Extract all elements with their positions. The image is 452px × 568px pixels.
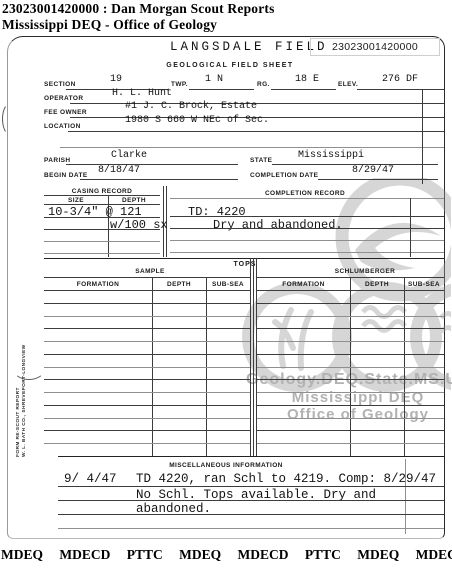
tops-sample-group: SAMPLE bbox=[60, 268, 240, 275]
table-row-line bbox=[44, 328, 250, 329]
table-row-line bbox=[44, 405, 250, 406]
rule-line bbox=[357, 89, 444, 90]
printer-stamp-line2: W. L. BATH CO., SHREVEPORT-LONGVIEW bbox=[22, 325, 28, 457]
table-row-line bbox=[257, 418, 444, 419]
misc-date: 9/ 4/47 bbox=[64, 472, 117, 486]
table-row-line bbox=[257, 328, 444, 329]
twp-label: TWP. bbox=[171, 81, 188, 88]
tops-schlumberger-table-body bbox=[257, 290, 444, 456]
rule-line bbox=[44, 217, 160, 218]
misc-line1: TD 4220, ran Schl to 4219. Comp: 8/29/47 bbox=[136, 472, 436, 486]
fee-owner-value: #1 J. C. Brock, Estate bbox=[125, 101, 257, 112]
elev-value: 276 DF bbox=[382, 74, 418, 85]
completion-date-label: COMPLETION DATE bbox=[250, 172, 318, 179]
sheet-title: GEOLOGICAL FIELD SHEET bbox=[120, 62, 340, 69]
table-row-line bbox=[257, 379, 444, 380]
rule-line bbox=[422, 89, 423, 184]
rule-line bbox=[44, 258, 444, 259]
table-row-line bbox=[44, 303, 250, 304]
casing-size-header: SIZE bbox=[44, 197, 108, 204]
rg-label: RG. bbox=[257, 81, 270, 88]
fee-owner-label: FEE OWNER bbox=[44, 109, 87, 116]
tops-left-subsea-header: SUB-SEA bbox=[206, 281, 250, 288]
tops-sample-table-body bbox=[44, 290, 250, 456]
rule-line bbox=[189, 89, 254, 90]
completion-date-value: 8/29/47 bbox=[352, 165, 394, 176]
tops-right-depth-header: DEPTH bbox=[350, 281, 404, 288]
section-label: SECTION bbox=[44, 81, 76, 88]
rule-line bbox=[170, 240, 444, 241]
rule-line bbox=[410, 198, 411, 257]
tops-right-formation-header: FORMATION bbox=[257, 281, 350, 288]
table-row-line bbox=[257, 443, 444, 444]
completion-record-title: COMPLETION RECORD bbox=[170, 190, 440, 197]
rule-line bbox=[58, 514, 444, 515]
section-value: 19 bbox=[110, 74, 122, 85]
rule-line bbox=[44, 253, 160, 254]
rule-line bbox=[58, 456, 444, 457]
rg-value: 18 E bbox=[295, 74, 319, 85]
rule-line bbox=[44, 229, 160, 230]
rule-line bbox=[405, 459, 406, 534]
table-row-line bbox=[44, 379, 250, 380]
scan-artifact-curl-top bbox=[2, 103, 18, 135]
page-header-line2: Mississippi DEQ - Office of Geology bbox=[2, 17, 217, 33]
rule-line bbox=[58, 528, 444, 529]
rule-line bbox=[44, 195, 160, 196]
operator-value: H. L. Hunt bbox=[112, 88, 172, 99]
rule-line bbox=[318, 179, 438, 180]
rule-line bbox=[44, 241, 160, 242]
table-row-line bbox=[44, 354, 250, 355]
table-row-line bbox=[257, 367, 444, 368]
casing-record-title: CASING RECORD bbox=[44, 188, 160, 195]
rule-line bbox=[66, 164, 238, 165]
parish-value: Clarke bbox=[111, 150, 147, 161]
table-row-line bbox=[257, 392, 444, 393]
rule-line bbox=[58, 500, 444, 501]
tops-left-depth-header: DEPTH bbox=[152, 281, 206, 288]
elev-label: ELEV. bbox=[338, 81, 358, 88]
casing-depth-header: DEPTH bbox=[108, 197, 160, 204]
rule-line bbox=[170, 228, 444, 229]
parish-label: PARISH bbox=[44, 157, 70, 164]
table-row-line bbox=[44, 341, 250, 342]
rule-line bbox=[80, 179, 238, 180]
table-row-line bbox=[257, 341, 444, 342]
rule-line bbox=[250, 258, 251, 456]
table-row-line bbox=[257, 303, 444, 304]
begin-date-value: 8/18/47 bbox=[98, 165, 140, 176]
rule-line bbox=[170, 216, 444, 217]
rule-line bbox=[68, 131, 444, 132]
form-printer-stamp: FORM RE-SCOUT REPORT W. L. BATH CO., SHR… bbox=[16, 325, 28, 457]
tops-title: TOPS bbox=[150, 261, 340, 268]
rule-line bbox=[170, 198, 444, 199]
location-label: LOCATION bbox=[44, 123, 81, 130]
tops-left-formation-header: FORMATION bbox=[44, 281, 152, 288]
field-name-typed: LANGSDALE FIELD bbox=[170, 40, 328, 54]
state-value: Mississippi bbox=[298, 150, 364, 161]
table-row-line bbox=[257, 430, 444, 431]
rule-line bbox=[58, 486, 444, 487]
completion-line2: Dry and abandoned. bbox=[213, 218, 343, 232]
operator-label: OPERATOR bbox=[44, 95, 83, 102]
tops-schlumberger-group: SCHLUMBERGER bbox=[290, 268, 440, 275]
twp-value: 1 N bbox=[205, 74, 223, 85]
table-row-line bbox=[44, 443, 250, 444]
table-row-line bbox=[257, 316, 444, 317]
page-footer-agencies: MDEQ MDECD PTTC MDEQ MDECD PTTC MDEQ MDE… bbox=[1, 547, 452, 563]
state-label: STATE bbox=[250, 157, 272, 164]
table-row-line bbox=[44, 430, 250, 431]
rule-line bbox=[271, 89, 336, 90]
table-row-line bbox=[257, 354, 444, 355]
table-row-line bbox=[44, 367, 250, 368]
location-value: 1980 S 660 W NEc of Sec. bbox=[125, 115, 269, 126]
rule-line bbox=[170, 252, 444, 253]
rule-line bbox=[44, 277, 250, 278]
table-row-line bbox=[44, 316, 250, 317]
rule-line bbox=[60, 147, 444, 148]
api-number: 23023001420000 bbox=[310, 38, 440, 56]
table-row-line bbox=[44, 392, 250, 393]
watermark-bird-glyph bbox=[355, 223, 441, 271]
page-header-line1: 23023001420000 : Dan Morgan Scout Report… bbox=[2, 1, 275, 17]
table-row-line bbox=[44, 418, 250, 419]
table-row-line bbox=[257, 405, 444, 406]
rule-line bbox=[253, 258, 254, 456]
begin-date-label: BEGIN DATE bbox=[44, 172, 88, 179]
misc-title: MISCELLANEOUS INFORMATION bbox=[126, 462, 326, 469]
tops-right-subsea-header: SUB-SEA bbox=[404, 281, 444, 288]
scanned-document-page: 23023001420000 : Dan Morgan Scout Report… bbox=[0, 0, 452, 568]
